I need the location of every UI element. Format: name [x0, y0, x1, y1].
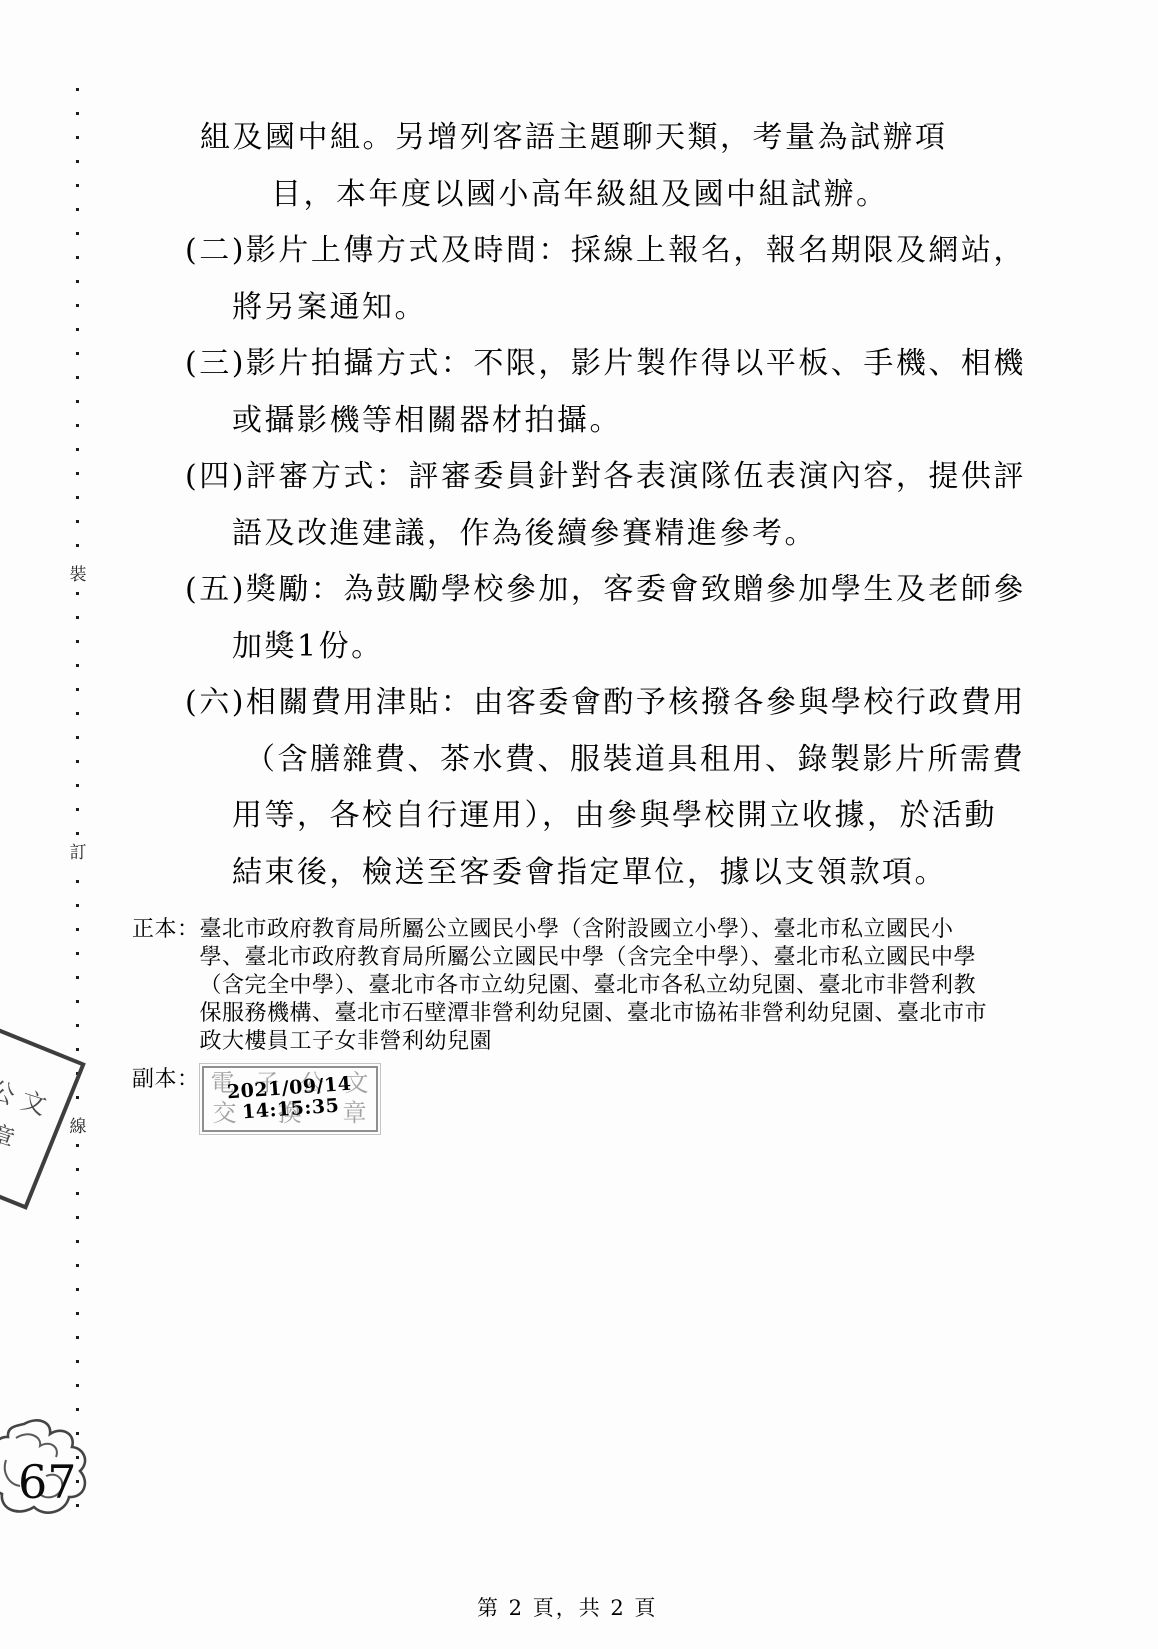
binding-mark-xian: 線 — [64, 1112, 92, 1137]
body-line: (六)相關費用津貼：由客委會酌予核撥各參與學校行政費用 — [185, 675, 1026, 732]
blob-squiggle — [16, 1434, 57, 1457]
stamp-time: 14:15:35 — [241, 1096, 340, 1124]
body-line: 加獎1份。 — [185, 619, 1026, 676]
body-line: (五)獎勵：為鼓勵學校參加，客委會致贈參加學生及老師參 — [185, 562, 1026, 619]
recipient-line: 保服務機構、臺北市石壁潭非營利幼兒園、臺北市協祐非營利幼兒園、臺北市市 — [200, 1000, 1000, 1028]
recipient-line: 政大樓員工子女非營利幼兒園 — [200, 1028, 1000, 1056]
body-line: 組及國中組。另增列客語主題聊天類，考量為試辦項 — [185, 110, 1026, 167]
body-line: 將另案通知。 — [185, 280, 1026, 337]
recipients-original: 正本： 臺北市政府教育局所屬公立國民小學（含附設國立小學）、臺北市私立國民小 學… — [132, 916, 1000, 1056]
recipient-line: 學、臺北市政府教育局所屬公立國民中學（含完全中學）、臺北市私立國民中學 — [200, 944, 1000, 972]
body-line: (三)影片拍攝方式：不限，影片製作得以平板、手機、相機 — [185, 336, 1026, 393]
binding-dotted-line — [76, 88, 79, 1528]
edge-partial-stamp: 電子公文 交換章 — [0, 1004, 86, 1210]
body-line: 語及改進建議，作為後續參賽精進參考。 — [185, 506, 1026, 563]
recipient-line: （含完全中學）、臺北市各市立幼兒園、臺北市各私立幼兒園、臺北市非營利教 — [200, 972, 1000, 1000]
edge-stamp-text: 電子公文 — [0, 1050, 59, 1125]
recipients-copy: 副本： 電 子 公 文 交 換 章 2021/09/14 14:15:35 — [132, 1066, 378, 1132]
document-page: 裝 訂 線 組及國中組。另增列客語主題聊天類，考量為試辦項 目，本年度以國小高年… — [0, 0, 1158, 1649]
page-footer: 第 2 頁，共 2 頁 — [477, 1592, 657, 1622]
body-text: 組及國中組。另增列客語主題聊天類，考量為試辦項 目，本年度以國小高年級組及國中組… — [185, 110, 1026, 901]
body-line: 結束後，檢送至客委會指定單位，據以支領款項。 — [185, 845, 1026, 902]
recipients-original-label: 正本： — [132, 916, 200, 944]
page-number-blob-stamp: 67 — [0, 1414, 110, 1526]
body-line: （含膳雜費、茶水費、服裝道具租用、錄製影片所需費 — [185, 732, 1026, 789]
electronic-exchange-stamp: 電 子 公 文 交 換 章 2021/09/14 14:15:35 — [202, 1066, 378, 1132]
binding-mark-zhuang: 裝 — [64, 560, 92, 585]
body-line: 或攝影機等相關器材拍攝。 — [185, 393, 1026, 450]
body-line: 目，本年度以國小高年級組及國中組試辦。 — [185, 167, 1026, 224]
recipient-line: 臺北市政府教育局所屬公立國民小學（含附設國立小學）、臺北市私立國民小 — [200, 916, 1000, 944]
recipients-original-text: 臺北市政府教育局所屬公立國民小學（含附設國立小學）、臺北市私立國民小 學、臺北市… — [200, 916, 1000, 1056]
binding-mark-ding: 訂 — [64, 838, 92, 863]
recipients-copy-label: 副本： — [132, 1066, 200, 1094]
body-line: (四)評審方式：評審委員針對各表演隊伍表演內容，提供評 — [185, 449, 1026, 506]
page-number-stamp-text: 67 — [18, 1455, 77, 1509]
stamp-timestamp: 2021/09/14 14:15:35 — [202, 1062, 378, 1136]
body-line: (二)影片上傳方式及時間：採線上報名，報名期限及網站， — [185, 223, 1026, 280]
body-line: 用等，各校自行運用），由參與學校開立收據，於活動 — [185, 788, 1026, 845]
